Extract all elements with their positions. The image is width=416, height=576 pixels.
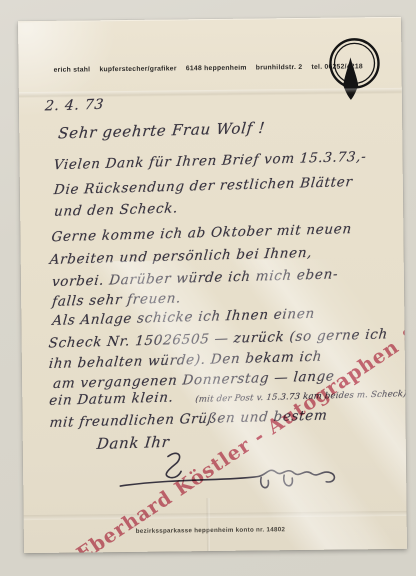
letter-line: falls sehr freuen.	[51, 290, 181, 310]
letter-line: und den Scheck.	[53, 200, 178, 219]
salutation: Sehr geehrte Frau Wolf !	[57, 119, 266, 143]
horizontal-fold-crease	[24, 511, 407, 520]
letter-line: Als Anlage schicke ich Ihnen einen	[52, 306, 316, 329]
footer-bank-line: bezirkssparkasse heppenheim konto nr. 14…	[136, 526, 286, 535]
letter-line: vorbei. Darüber würde ich mich eben-	[51, 266, 339, 290]
letterhead-profession: kupferstecher/grafiker	[99, 65, 176, 73]
letter-line: am vergangenen Donnerstag — lange	[52, 368, 335, 392]
burin-in-double-circle-icon	[324, 25, 385, 110]
letterhead-address: 6148 heppenheim	[186, 65, 247, 73]
letter-line: Gerne komme ich ab Oktober mit neuen	[51, 221, 353, 245]
letter-paper: erich stahl kupferstecher/grafiker 6148 …	[18, 17, 407, 553]
letter-line: Scheck Nr. 15026505 — zurück (so gerne i…	[48, 326, 389, 351]
handwritten-date: 2. 4. 73	[44, 97, 105, 115]
letter-line: ihn behalten würde). Den bekam ich	[48, 349, 323, 372]
letter-line: Die Rücksendung der restlichen Blätter	[53, 174, 353, 198]
letter-line: Vielen Dank für Ihren Brief vom 15.3.73,…	[53, 149, 367, 174]
letterhead-line: erich stahl kupferstecher/grafiker 6148 …	[54, 63, 344, 73]
letter-line: ein Datum klein.	[49, 389, 175, 408]
scan-background: { "colors": { "paper": "#e8e0cd", "scan_…	[0, 0, 416, 576]
letterhead-name: erich stahl	[54, 66, 91, 73]
letterhead-street: brunhildstr. 2	[256, 64, 303, 72]
letter-line: Arbeiten und persönlich bei Ihnen,	[49, 245, 313, 268]
